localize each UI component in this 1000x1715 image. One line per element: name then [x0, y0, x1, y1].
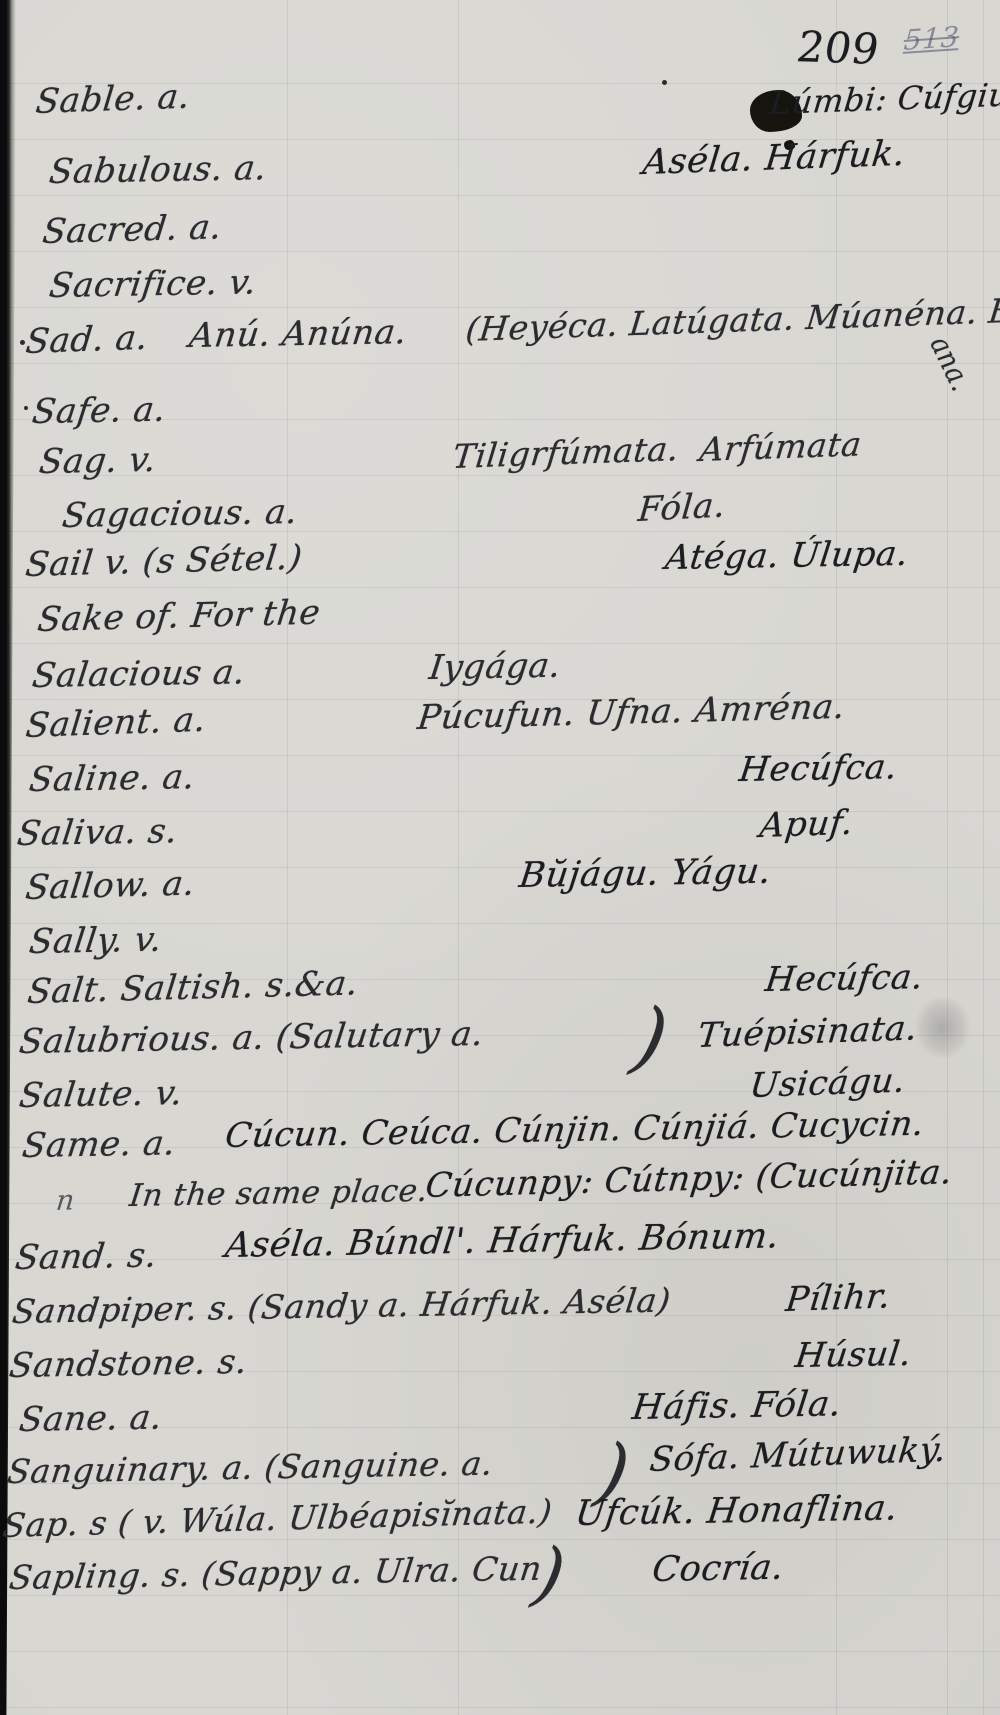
entry-term-sandpiper: Sandpiper. s. (Sandy a. Hárfuk. Aséla) — [10, 1281, 673, 1331]
entry-translation-sabulous: Aséla. Hárfuk. — [641, 134, 908, 183]
entry-term-sandstone: Sandstone. s. — [7, 1342, 250, 1386]
entry-translation-sane: Háfis. Fóla. — [630, 1384, 844, 1428]
entry-term-sally: Sally. v. — [27, 920, 164, 962]
entry-term-sapling: Sapling. s. (Sappy a. Ulra. Cun — [7, 1549, 544, 1597]
entry-term-sabulous: Sabulous. a. — [47, 148, 269, 192]
entry-translation-sand: Aséla. Búndl'. Hárfuk. Bónum. — [223, 1216, 782, 1266]
entry-term-sacred: Sacred. a. — [40, 207, 224, 252]
entry-translation-sad-2: (Heyéca. Latúgata. Múanéna. Bóz — [464, 290, 1000, 349]
ink-speck — [662, 80, 667, 85]
entry-translation-sag-2: Arfúmata — [698, 424, 864, 469]
entry-term-sand: Sand. s. — [13, 1236, 159, 1278]
closing-paren-salubrious: ) — [626, 992, 675, 1084]
manuscript-page: 209 513 Sable. a. Lúmbi: Cúfgiu Sabulous… — [0, 0, 1000, 1715]
entry-translation-same: Cúcun. Ceúca. Cúnjin. Cúnjiá. Cucycin. — [223, 1104, 926, 1156]
entry-term-sagacious: Sagacious. a. — [60, 492, 300, 536]
entry-translation-sad-1: Anú. Anúna. — [187, 312, 409, 356]
entry-term-sail: Sail v. (s Sétel.) — [23, 538, 304, 585]
entry-term-salt: Salt. Saltish. s.&a. — [25, 963, 360, 1012]
entry-translation-saliva: Apuf. — [758, 803, 856, 846]
entry-term-salacious: Salacious a. — [30, 652, 248, 696]
entry-term-sane: Sane. a. — [17, 1398, 165, 1440]
entry-translation-sail: Atéga. Úlupa. — [663, 534, 911, 578]
entry-translation-salubrious: Tuépisinata. — [696, 1008, 920, 1056]
entry-term-salute: Salute. v. — [17, 1073, 185, 1116]
entry-term-sag: Sag. v. — [37, 440, 159, 482]
ditto-mark: n — [55, 1183, 77, 1217]
entry-translation-sap: Ufcúk. Honaflina. — [573, 1488, 900, 1534]
entry-term-same: Same. a. — [20, 1123, 178, 1166]
entry-term-safe: Safe. a. — [30, 390, 168, 432]
entry-term-sad: Sad. a. — [24, 318, 150, 362]
entry-term-saliva: Saliva. s. — [15, 811, 180, 854]
struck-number: 513 — [903, 20, 961, 57]
entry-translation-sag-1: Tiligrfúmata. — [451, 429, 681, 476]
entry-translation-sanguinary: Sófa. Mútuwuký. — [648, 1430, 949, 1480]
entry-translation-sable: Lúmbi: Cúfgiu — [768, 76, 1000, 122]
entry-term-sake-of: Sake of. For the — [35, 593, 322, 640]
entry-term-salient: Salient. a. — [24, 700, 208, 746]
ink-speck — [20, 340, 25, 345]
entry-translation-sad-tail: ana. — [923, 330, 976, 397]
entry-term-sable: Sable. a. — [34, 77, 192, 122]
entry-term-sacrifice: Sacrifice. v. — [47, 262, 259, 306]
entry-translation-sandpiper: Pílihr. — [784, 1276, 893, 1320]
entry-term-salubrious: Salubrious. a. (Salutary a. — [17, 1014, 486, 1062]
entry-term-saline: Saline. a. — [27, 757, 197, 800]
entry-translation-sapling: Cocría. — [650, 1548, 786, 1590]
entry-translation-sandstone: Húsul. — [793, 1334, 914, 1376]
entry-term-sallow: Sallow. a. — [23, 864, 197, 908]
entry-translation-sallow: Bŭjágu. Yágu. — [517, 852, 774, 896]
entry-term-sanguinary: Sanguinary. a. (Sanguine. a. — [5, 1444, 495, 1491]
entry-translation-salient: Púcufun. Ufna. Amréna. — [415, 687, 847, 738]
entry-translation-salute: Usicágu. — [748, 1061, 908, 1106]
entry-translation-sagacious: Fóla. — [636, 485, 727, 529]
vertical-rule — [983, 0, 984, 1715]
entry-term-in-the-same-place: In the same place. — [128, 1173, 431, 1214]
entry-translation-salt: Hecúfca. — [763, 957, 926, 1000]
entry-term-sap: Sap. s ( v. Wúla. Ulbéapisĭnata.) — [1, 1492, 555, 1545]
entry-translation-salacious: Iygága. — [427, 646, 563, 688]
entry-translation-in-the-same-place: Cúcunpy: Cútnpy: (Cucúnjita. — [423, 1152, 954, 1206]
vertical-rule — [947, 0, 948, 1715]
entry-translation-saline: Hecúfca. — [737, 747, 900, 790]
page-number: 209 — [793, 22, 883, 74]
ink-speck — [24, 406, 28, 410]
